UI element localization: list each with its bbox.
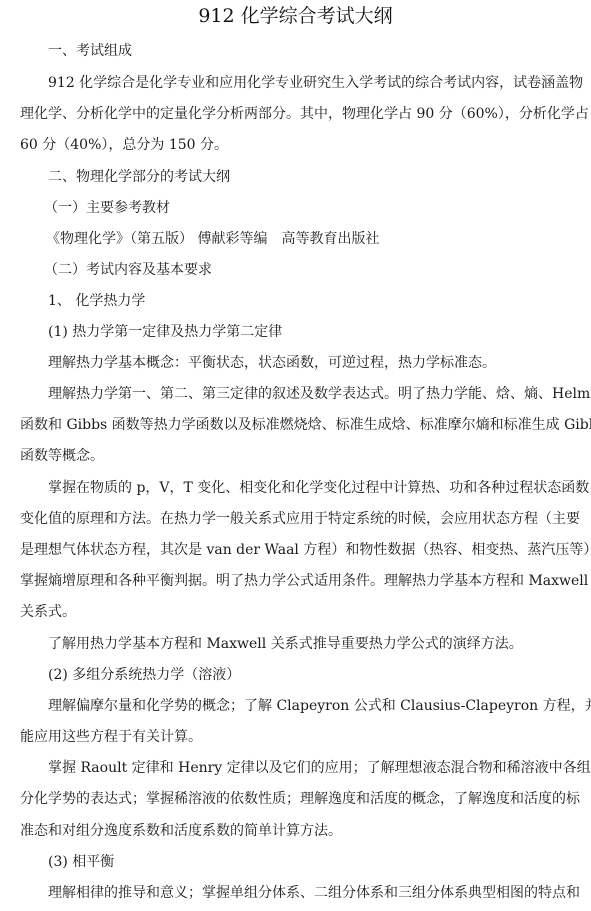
paragraph-line: 掌握在物质的 p，V，T 变化、相变化和化学变化过程中计算热、功和各种过程状态函… — [48, 478, 580, 498]
paragraph-line: 了解用热力学基本方程和 Maxwell 关系式推导重要热力学公式的演绎方法。 — [48, 634, 591, 654]
document-page: 912 化学综合考试大纲 一、考试组成 912 化学综合是化学专业和应用化学专业… — [0, 0, 591, 911]
paragraph-line: 掌握 Raoult 定律和 Henry 定律以及它们的应用；了解理想液态混合物和… — [48, 758, 580, 778]
reference-book: 《物理化学》（第五版） 傅献彩等编 高等教育出版社 — [46, 229, 591, 249]
paragraph-line: 是理想气体状态方程，其次是 van der Waal 方程）和物性数据（热容、相… — [20, 540, 580, 560]
paragraph-line: 关系式。 — [20, 602, 580, 622]
paragraph-line: 函数等概念。 — [20, 446, 580, 466]
paragraph-line: 变化值的原理和方法。在热力学一般关系式应用于特定系统的时候，会应用状态方程（主要 — [20, 509, 580, 529]
topic-heading: (1) 热力学第一定律及热力学第二定律 — [48, 322, 591, 342]
paragraph-line: 理化学、分析化学中的定量化学分析两部分。其中，物理化学占 90 分（60%），分… — [20, 104, 580, 124]
paragraph-line: 分化学势的表达式；掌握稀溶液的依数性质；理解逸度和活度的概念，了解逸度和活度的标 — [20, 789, 580, 809]
paragraph-line: 60 分（40%），总分为 150 分。 — [20, 135, 580, 155]
document-title: 912 化学综合考试大纲 — [0, 3, 591, 29]
section-heading-1: 一、考试组成 — [48, 41, 591, 61]
paragraph-line: 理解偏摩尔量和化学势的概念；了解 Clapeyron 公式和 Clausius-… — [48, 696, 580, 716]
chapter-heading: 1、 化学热力学 — [48, 291, 591, 311]
subsection-heading: （一）主要参考教材 — [44, 198, 591, 218]
section-heading-2: 二、物理化学部分的考试大纲 — [48, 167, 591, 187]
paragraph-line: 912 化学综合是化学专业和应用化学专业研究生入学考试的综合考试内容，试卷涵盖物 — [48, 73, 580, 93]
paragraph-line: 理解热力学第一、第二、第三定律的叙述及数学表达式。明了热力学能、焓、熵、Helm… — [48, 384, 580, 404]
paragraph-line: 理解相律的推导和意义；掌握单组分体系、二组分体系和三组分体系典型相图的特点和 — [48, 883, 580, 903]
paragraph-line: 能应用这些方程于有关计算。 — [20, 727, 580, 747]
paragraph-line: 掌握熵增原理和各种平衡判据。明了热力学公式适用条件。理解热力学基本方程和 Max… — [20, 571, 580, 591]
subsection-heading: （二）考试内容及基本要求 — [44, 260, 591, 280]
topic-heading: (3) 相平衡 — [48, 852, 591, 872]
paragraph-line: 准态和对组分逸度系数和活度系数的简单计算方法。 — [20, 821, 580, 841]
topic-heading: (2) 多组分系统热力学（溶液） — [48, 665, 591, 685]
paragraph-line: 函数和 Gibbs 函数等热力学函数以及标准燃烧焓、标准生成焓、标准摩尔熵和标准… — [20, 415, 580, 435]
paragraph-line: 理解热力学基本概念：平衡状态，状态函数，可逆过程，热力学标准态。 — [48, 353, 591, 373]
